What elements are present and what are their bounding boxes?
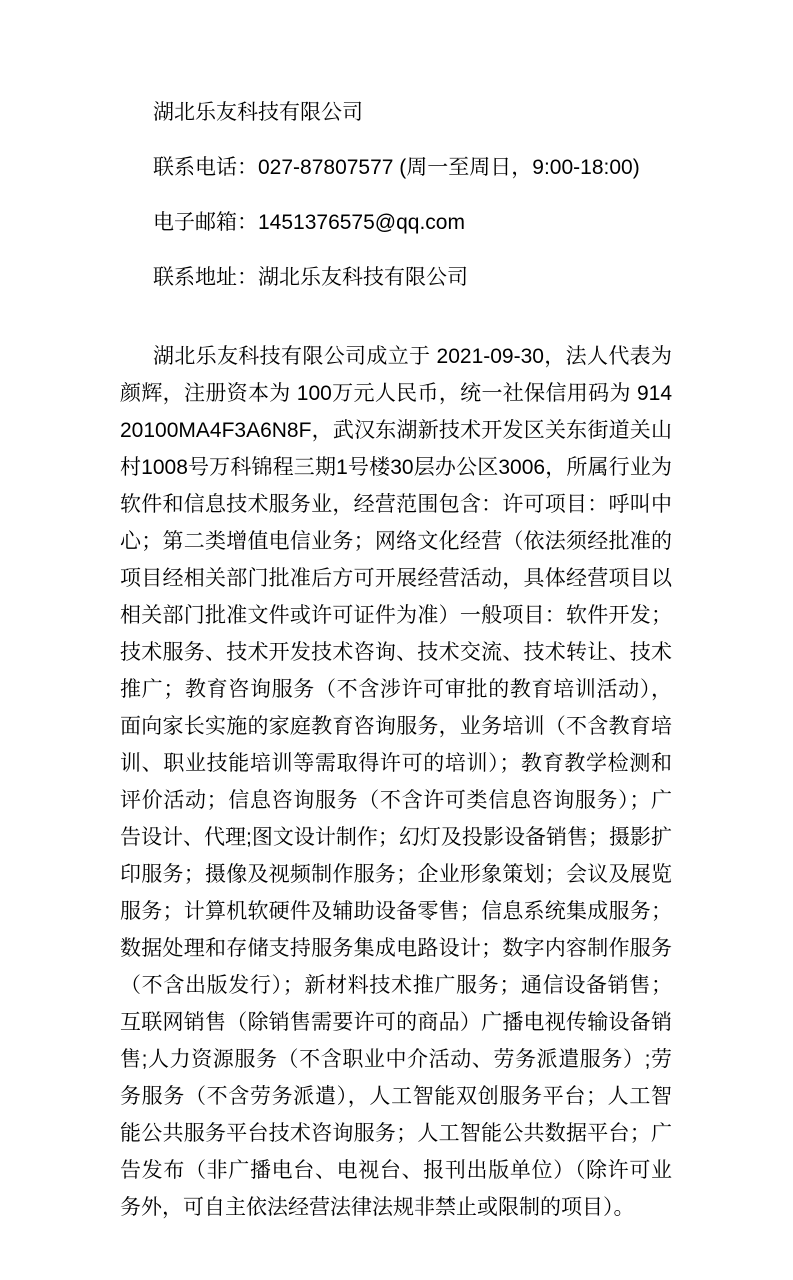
document-page: 湖北乐友科技有限公司 联系电话：027-87807577 (周一至周日，9:00… [0, 0, 793, 1280]
contact-address-value: 湖北乐友科技有限公司 [258, 266, 468, 289]
document-content: 湖北乐友科技有限公司 联系电话：027-87807577 (周一至周日，9:00… [120, 0, 672, 1226]
contact-phone-line: 联系电话：027-87807577 (周一至周日，9:00-18:00) [120, 149, 672, 186]
company-profile-paragraph: 湖北乐友科技有限公司成立于 2021-09-30，法人代表为颜辉，注册资本为 1… [120, 338, 672, 1226]
contact-address-line: 联系地址：湖北乐友科技有限公司 [120, 259, 672, 296]
contact-phone-label: 联系电话： [153, 156, 258, 179]
contact-email-line: 电子邮箱：1451376575@qq.com [120, 204, 672, 241]
contact-email-label: 电子邮箱： [153, 211, 258, 234]
contact-address-label: 联系地址： [153, 266, 258, 289]
contact-email-value: 1451376575@qq.com [258, 211, 465, 234]
company-name: 湖北乐友科技有限公司 [120, 94, 672, 131]
contact-phone-value: 027-87807577 (周一至周日，9:00-18:00) [258, 156, 640, 179]
